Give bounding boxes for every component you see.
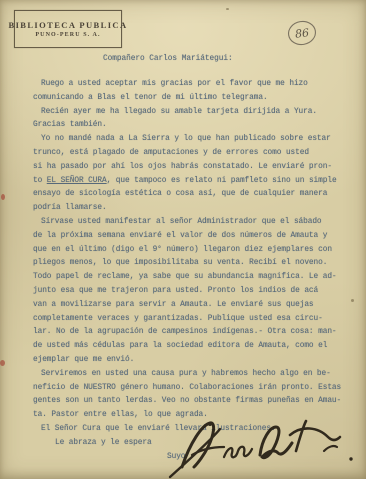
letter-page: BIBLIOTECA PUBLICA PUNO-PERU S. A. 86 Co… [0, 0, 366, 479]
letter-line: junto esa que me trajeron para usted. Pr… [33, 285, 355, 299]
letter-line: to EL SEÑOR CURA, que tampoco es relato … [33, 175, 355, 189]
red-speck-top [1, 194, 5, 200]
paper-speck-top [226, 8, 229, 10]
signature-end-stroke [324, 446, 337, 451]
page-number-badge: 86 [283, 16, 321, 50]
salutation: Compañero Carlos Mariátegui: [103, 55, 233, 63]
letter-line: Recién ayer me ha llegado su amable tarj… [33, 106, 355, 120]
paragraph: Recién ayer me ha llegado su amable tarj… [33, 106, 355, 134]
stamp-line-1: BIBLIOTECA PUBLICA [9, 20, 128, 30]
paragraph: Sírvase usted manifestar al señor Admini… [33, 216, 355, 368]
letter-line: que en el último (digo el 9° número) lle… [33, 244, 355, 258]
letter-line: de usted más cédulas para la sociedad ed… [33, 340, 355, 354]
letter-line: lar. No de la agrupación de campesinos i… [33, 326, 355, 340]
page-number: 86 [294, 26, 309, 40]
paper-speck-right [351, 299, 354, 302]
letter-line: van a movilizarse para servir a Amauta. … [33, 299, 355, 313]
letter-line: Serviremos en usted una causa pura y hab… [33, 368, 355, 382]
letter-line: Todo papel de reclame, ya sabe que su ab… [33, 271, 355, 285]
letter-line: ejemplar que me envió. [33, 354, 355, 368]
letter-line: podría llamarse. [33, 202, 355, 216]
signature-ink-blob [208, 422, 212, 426]
letter-line: Sírvase usted manifestar al señor Admini… [33, 216, 355, 230]
library-stamp: BIBLIOTECA PUBLICA PUNO-PERU S. A. [14, 10, 122, 48]
letter-line: comunicando a Blas el tenor de mi último… [33, 92, 355, 106]
paragraph: Ruego a usted aceptar mis gracias por el… [33, 78, 355, 106]
letter-body: Ruego a usted aceptar mis gracias por el… [33, 78, 355, 464]
letter-line: si ha pasado por ahí los ojos habrás con… [33, 161, 355, 175]
letter-line: gentes son un tanto lerdas. Veo no obsta… [33, 395, 355, 409]
signature-last-name-stroke [260, 427, 292, 458]
letter-line: Yo no mandé nada a La Sierra y lo que ha… [33, 133, 355, 147]
stamp-line-2: PUNO-PERU S. A. [35, 32, 100, 38]
letter-line: de la próxima semana enviaré el valor de… [33, 230, 355, 244]
letter-paragraphs: Ruego a usted aceptar mis gracias por el… [33, 78, 355, 437]
letter-line: Ruego a usted aceptar mis gracias por el… [33, 78, 355, 92]
letter-line: ensayo de sicología estética o cosa así,… [33, 188, 355, 202]
letter-line: Gracias también. [33, 119, 355, 133]
red-speck-bottom [0, 360, 5, 366]
letter-line: trunco, está plagado de amputaciones y d… [33, 147, 355, 161]
letter-line: completamente veraces y garantizadas. Pu… [33, 313, 355, 327]
paragraph: Yo no mandé nada a La Sierra y lo que ha… [33, 133, 355, 216]
letter-line: neficio de NUESTRO género humano. Colabo… [33, 382, 355, 396]
signature [168, 413, 360, 479]
letter-line: pliegos menos, lo que imposibilitaba su … [33, 257, 355, 271]
signature-period [349, 457, 352, 460]
